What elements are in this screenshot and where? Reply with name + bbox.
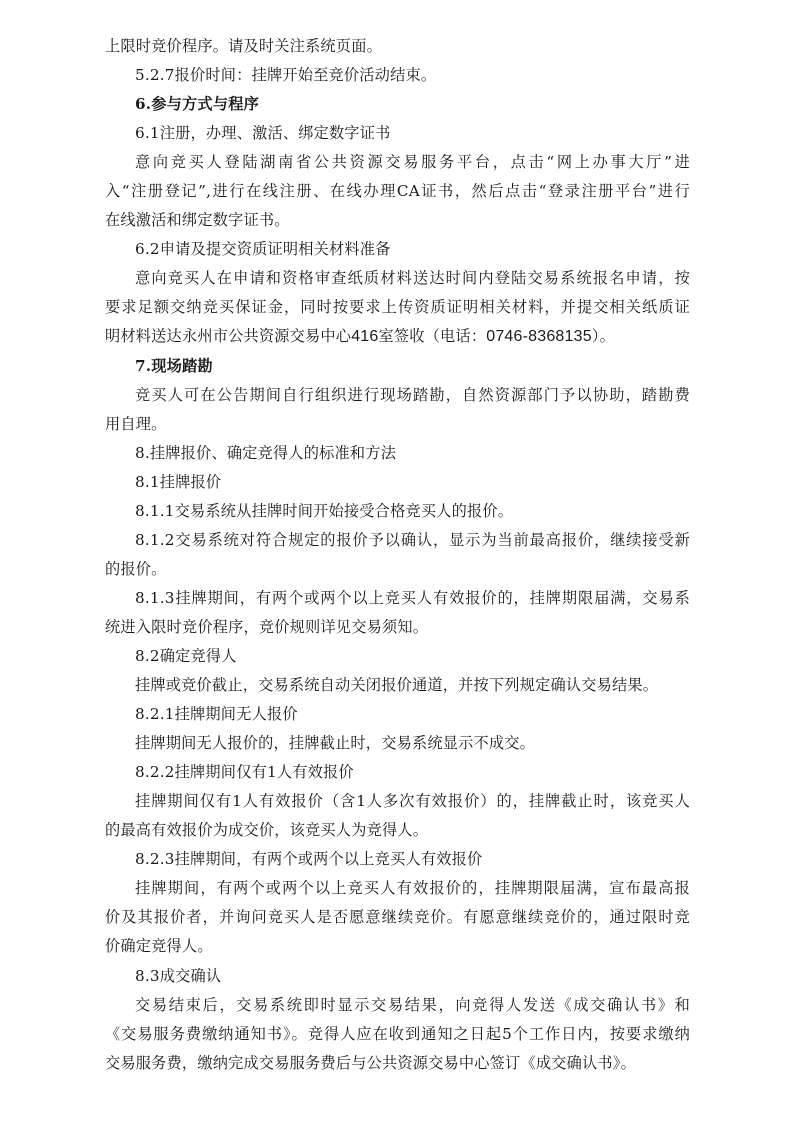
subsection-heading-6-2: 6.2申请及提交资质证明相关材料准备	[105, 235, 690, 264]
paragraph-line-contact: 明材料送达永州市公共资源交易中心416室签收（电话：0746-8368135）。	[105, 322, 690, 351]
subsection-heading-8-3: 8.3成交确认	[105, 962, 690, 991]
section-heading-7: 7.现场踏勘	[105, 352, 690, 381]
paragraph-line: 入“注册登记”,进行在线注册、在线办理CA证书，然后点击“登录注册平台”进行	[105, 177, 690, 206]
text-segment: 室签收（电话：	[379, 327, 487, 345]
paragraph-line: 交易服务费，缴纳完成交易服务费后与公共资源交易中心签订《成交确认书》。	[105, 1049, 690, 1078]
text-segment: ）。	[592, 327, 615, 345]
paragraph-line: 在线激活和绑定数字证书。	[105, 206, 690, 235]
section-heading-8: 8.挂牌报价、确定竞得人的标准和方法	[105, 439, 690, 468]
document-page: 上限时竞价程序。请及时关注系统页面。 5.2.7报价时间：挂牌开始至竞价活动结束…	[105, 32, 690, 1078]
room-number: 416	[351, 328, 378, 345]
paragraph-line: 要求足额交纳竞买保证金，同时按要求上传资质证明相关材料，并提交相关纸质证	[105, 293, 690, 322]
clause-8-1-1: 8.1.1交易系统从挂牌时间开始接受合格竞买人的报价。	[105, 497, 690, 526]
clause-5-2-7: 5.2.7报价时间：挂牌开始至竞价活动结束。	[105, 61, 690, 90]
clause-8-2-2: 8.2.2挂牌期间仅有1人有效报价	[105, 758, 690, 787]
paragraph-line: 交易结束后，交易系统即时显示交易结果，向竞得人发送《成交确认书》和	[105, 991, 690, 1020]
subsection-heading-8-1: 8.1挂牌报价	[105, 468, 690, 497]
section-heading-6: 6.参与方式与程序	[105, 90, 690, 119]
paragraph-line: 《交易服务费缴纳通知书》。竞得人应在收到通知之日起5个工作日内，按要求缴纳	[105, 1020, 690, 1049]
paragraph-line: 的最高有效报价为成交价，该竞买人为竞得人。	[105, 816, 690, 845]
paragraph-line: 用自理。	[105, 410, 690, 439]
paragraph-line: 挂牌期间，有两个或两个以上竞买人有效报价的，挂牌期限届满，宣布最高报	[105, 874, 690, 903]
paragraph-line: 竞买人可在公告期间自行组织进行现场踏勘，自然资源部门予以协助，踏勘费	[105, 381, 690, 410]
clause-8-1-3: 8.1.3挂牌期间，有两个或两个以上竞买人有效报价的，挂牌期限届满，交易系	[105, 584, 690, 613]
clause-8-2-3: 8.2.3挂牌期间，有两个或两个以上竞买人有效报价	[105, 845, 690, 874]
paragraph-line: 价确定竞得人。	[105, 932, 690, 961]
text-segment: 明材料送达永州市公共资源交易中心	[105, 327, 351, 345]
clause-8-1-2: 8.1.2交易系统对符合规定的报价予以确认，显示为当前最高报价，继续接受新	[105, 526, 690, 555]
phone-number: 0746-8368135	[486, 328, 592, 345]
subsection-heading-6-1: 6.1注册，办理、激活、绑定数字证书	[105, 119, 690, 148]
paragraph-line: 意向竞买人登陆湖南省公共资源交易服务平台，点击“网上办事大厅”进	[105, 148, 690, 177]
paragraph-line: 意向竞买人在申请和资格审查纸质材料送达时间内登陆交易系统报名申请，按	[105, 264, 690, 293]
clause-8-2-1: 8.2.1挂牌期间无人报价	[105, 700, 690, 729]
paragraph-line: 价及其报价者，并询问竞买人是否愿意继续竞价。有愿意继续竞价的，通过限时竞	[105, 903, 690, 932]
paragraph-line: 的报价。	[105, 555, 690, 584]
paragraph-line: 挂牌期间仅有1人有效报价（含1人多次有效报价）的，挂牌截止时，该竞买人	[105, 787, 690, 816]
paragraph-continuation: 上限时竞价程序。请及时关注系统页面。	[105, 32, 690, 61]
paragraph-line: 挂牌或竞价截止，交易系统自动关闭报价通道，并按下列规定确认交易结果。	[105, 671, 690, 700]
paragraph-line: 统进入限时竞价程序，竞价规则详见交易须知。	[105, 613, 690, 642]
paragraph-line: 挂牌期间无人报价的，挂牌截止时，交易系统显示不成交。	[105, 729, 690, 758]
subsection-heading-8-2: 8.2确定竞得人	[105, 642, 690, 671]
